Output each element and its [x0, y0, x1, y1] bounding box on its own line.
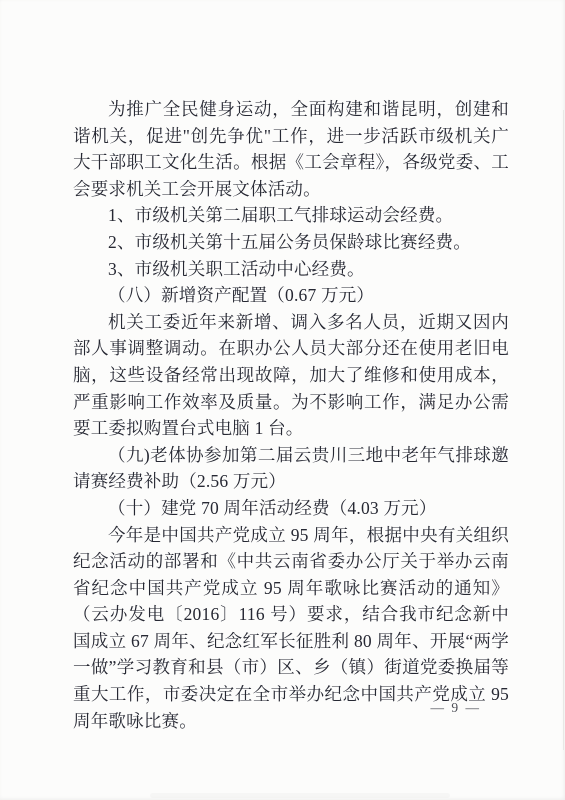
list-item-3: 3、市级机关职工活动中心经费。 [73, 256, 509, 283]
list-item-1: 1、市级机关第二届职工气排球运动会经费。 [73, 202, 509, 229]
paragraph-intro: 为推广全民健身运动，全面构建和谐昆明，创建和谐机关，促进"创先争优"工作，进一步… [73, 96, 509, 202]
document-page: 为推广全民健身运动，全面构建和谐昆明，创建和谐机关，促进"创先争优"工作，进一步… [0, 0, 565, 800]
scan-edge-artifact [563, 110, 564, 750]
section-heading-10: （十）建党 70 周年活动经费（4.03 万元） [73, 495, 509, 522]
document-text-block: 为推广全民健身运动，全面构建和谐昆明，创建和谐机关，促进"创先争优"工作，进一步… [73, 96, 509, 734]
scan-smudge-artifact [150, 793, 450, 798]
section-heading-9: （九)老体协参加第二届云贵川三地中老年气排球邀请赛经费补助（2.56 万元） [73, 442, 509, 495]
paragraph-section-8-body: 机关工委近年来新增、调入多名人员，近期又因内部人事调整调动。在职办公人员大部分还… [73, 309, 509, 442]
section-heading-8: （八）新增资产配置（0.67 万元） [73, 282, 509, 309]
list-item-2: 2、市级机关第十五届公务员保龄球比赛经费。 [73, 229, 509, 256]
page-number: — 9 — [431, 700, 482, 716]
